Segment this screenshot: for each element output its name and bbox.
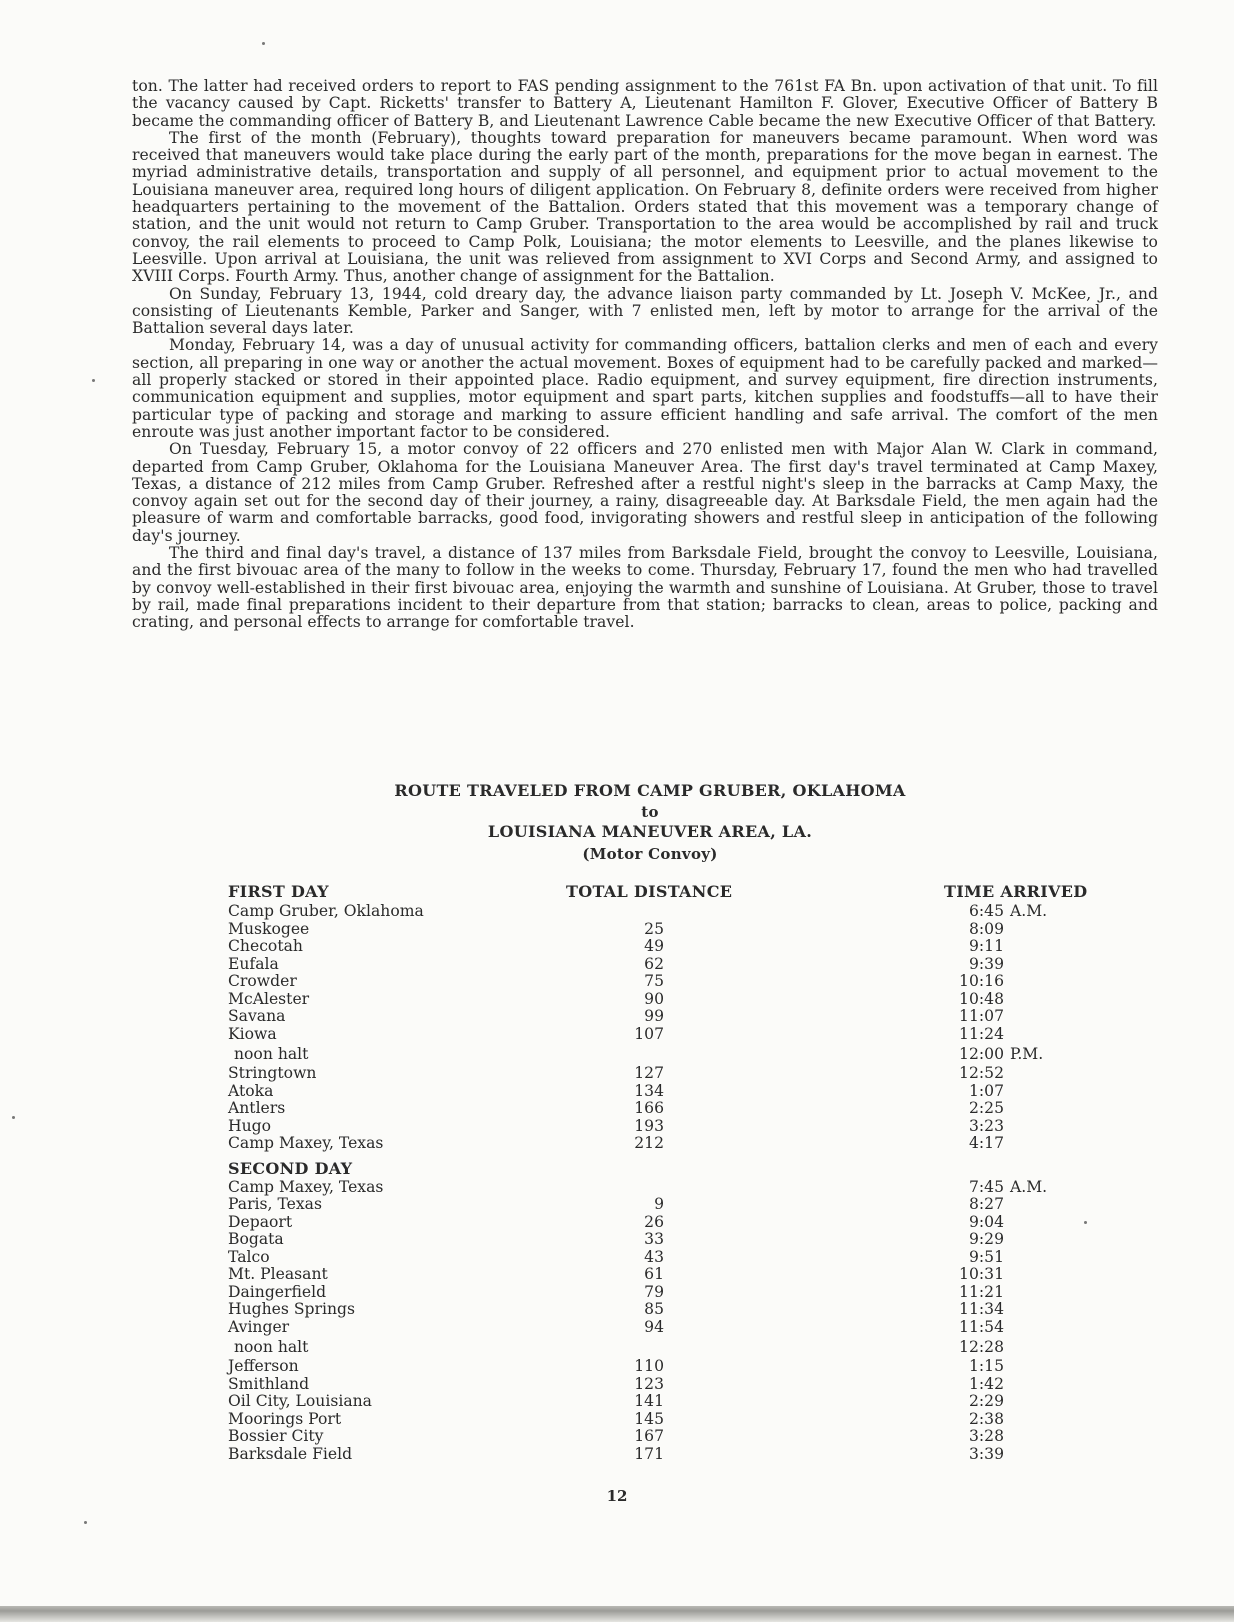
cell-place: Barksdale Field bbox=[228, 1446, 352, 1464]
cell-place: Kiowa bbox=[228, 1026, 277, 1044]
paragraph: ton. The latter had received orders to r… bbox=[132, 78, 1158, 130]
cell-time: 9:29 bbox=[944, 1231, 1004, 1249]
paragraph: The first of the month (February), thoug… bbox=[132, 130, 1158, 286]
cell-time: 2:29 bbox=[944, 1393, 1004, 1411]
route-subtitle: (Motor Convoy) bbox=[300, 843, 1000, 865]
cell-time: 9:51 bbox=[944, 1249, 1004, 1267]
cell-place: noon halt bbox=[234, 1336, 308, 1358]
cell-time: 8:09 bbox=[944, 921, 1004, 939]
cell-time: 2:38 bbox=[944, 1411, 1004, 1429]
column-header-total-distance: TOTAL DISTANCE bbox=[566, 882, 732, 901]
table-row: Bogata339:29 bbox=[226, 1231, 1106, 1249]
cell-time: 12:52 bbox=[944, 1065, 1004, 1083]
table-row: Hughes Springs8511:34 bbox=[226, 1301, 1106, 1319]
cell-time: 3:23 bbox=[944, 1118, 1004, 1136]
cell-distance: 26 bbox=[614, 1214, 664, 1232]
cell-time: 11:34 bbox=[944, 1301, 1004, 1319]
scan-speck bbox=[84, 1521, 87, 1524]
cell-time: 11:07 bbox=[944, 1008, 1004, 1026]
cell-time: 1:42 bbox=[944, 1376, 1004, 1394]
scan-speck bbox=[12, 1116, 15, 1119]
table-row: Daingerfield7911:21 bbox=[226, 1284, 1106, 1302]
second-day-heading: SECOND DAY bbox=[226, 1157, 1106, 1179]
route-destination: LOUISIANA MANEUVER AREA, LA. bbox=[300, 821, 1000, 843]
paragraph: Monday, February 14, was a day of unusua… bbox=[132, 337, 1158, 441]
cell-distance: 33 bbox=[614, 1231, 664, 1249]
cell-distance: 94 bbox=[614, 1319, 664, 1337]
cell-place: noon halt bbox=[234, 1043, 308, 1065]
table-row: Kiowa10711:24 bbox=[226, 1026, 1106, 1044]
table-row: Camp Gruber, Oklahoma6:45A.M. bbox=[226, 903, 1106, 921]
table-row: Hugo1933:23 bbox=[226, 1118, 1106, 1136]
table-row: Eufala629:39 bbox=[226, 956, 1106, 974]
cell-place: Bossier City bbox=[228, 1428, 323, 1446]
paragraph: The third and final day's travel, a dist… bbox=[132, 545, 1158, 631]
cell-place: Oil City, Louisiana bbox=[228, 1393, 372, 1411]
cell-distance: 79 bbox=[614, 1284, 664, 1302]
cell-time: 8:27 bbox=[944, 1196, 1004, 1214]
route-title: ROUTE TRAVELED FROM CAMP GRUBER, OKLAHOM… bbox=[300, 780, 1000, 802]
cell-time: 2:25 bbox=[944, 1100, 1004, 1118]
table-row: Depaort269:04 bbox=[226, 1214, 1106, 1232]
table-row: McAlester9010:48 bbox=[226, 991, 1106, 1009]
cell-place: Antlers bbox=[228, 1100, 285, 1118]
table-row: Paris, Texas98:27 bbox=[226, 1196, 1106, 1214]
cell-place: Eufala bbox=[228, 956, 279, 974]
cell-place: Hugo bbox=[228, 1118, 271, 1136]
column-header-first-day: FIRST DAY bbox=[228, 882, 329, 901]
cell-place: Mt. Pleasant bbox=[228, 1266, 328, 1284]
cell-time: 12:28 bbox=[944, 1336, 1004, 1358]
cell-place: Checotah bbox=[228, 938, 303, 956]
cell-place: McAlester bbox=[228, 991, 309, 1009]
cell-place: Muskogee bbox=[228, 921, 309, 939]
table-row: Bossier City1673:28 bbox=[226, 1428, 1106, 1446]
cell-place: Crowder bbox=[228, 973, 297, 991]
cell-time: 12:00 bbox=[944, 1043, 1004, 1065]
cell-time: 6:45 bbox=[944, 903, 1004, 921]
table-row: Camp Maxey, Texas2124:17 bbox=[226, 1135, 1106, 1153]
cell-place: Camp Gruber, Oklahoma bbox=[228, 903, 424, 921]
cell-time: 9:11 bbox=[944, 938, 1004, 956]
cell-place: Bogata bbox=[228, 1231, 284, 1249]
table-row: Antlers1662:25 bbox=[226, 1100, 1106, 1118]
cell-time: 3:39 bbox=[944, 1446, 1004, 1464]
body-text: ton. The latter had received orders to r… bbox=[132, 78, 1158, 632]
cell-place: Paris, Texas bbox=[228, 1196, 322, 1214]
table-row: Mt. Pleasant6110:31 bbox=[226, 1266, 1106, 1284]
cell-place: Savana bbox=[228, 1008, 285, 1026]
cell-time: 11:54 bbox=[944, 1319, 1004, 1337]
cell-place: Camp Maxey, Texas bbox=[228, 1179, 383, 1197]
cell-distance: 167 bbox=[614, 1428, 664, 1446]
scan-speck bbox=[1084, 1221, 1087, 1224]
cell-time: 10:31 bbox=[944, 1266, 1004, 1284]
scan-speck bbox=[262, 42, 265, 45]
cell-distance: 61 bbox=[614, 1266, 664, 1284]
cell-time: 11:21 bbox=[944, 1284, 1004, 1302]
paragraph: On Tuesday, February 15, a motor convoy … bbox=[132, 441, 1158, 545]
table-row: Talco439:51 bbox=[226, 1249, 1106, 1267]
page-number: 12 bbox=[600, 1487, 634, 1505]
route-title-to: to bbox=[300, 801, 1000, 823]
cell-time: 10:48 bbox=[944, 991, 1004, 1009]
cell-time: 9:39 bbox=[944, 956, 1004, 974]
cell-distance: 9 bbox=[614, 1196, 664, 1214]
table-row: Muskogee258:09 bbox=[226, 921, 1106, 939]
cell-time: 3:28 bbox=[944, 1428, 1004, 1446]
table-row: Camp Maxey, Texas7:45A.M. bbox=[226, 1179, 1106, 1197]
cell-distance: 166 bbox=[614, 1100, 664, 1118]
cell-time: 1:15 bbox=[944, 1358, 1004, 1376]
table-row: Avinger9411:54 bbox=[226, 1319, 1106, 1337]
table-row: Crowder7510:16 bbox=[226, 973, 1106, 991]
cell-distance: 171 bbox=[614, 1446, 664, 1464]
cell-place: Moorings Port bbox=[228, 1411, 341, 1429]
cell-place: Talco bbox=[228, 1249, 270, 1267]
cell-time: 11:24 bbox=[944, 1026, 1004, 1044]
cell-distance: 123 bbox=[614, 1376, 664, 1394]
cell-time: 7:45 bbox=[944, 1179, 1004, 1197]
cell-distance: 85 bbox=[614, 1301, 664, 1319]
table-row: Stringtown12712:52 bbox=[226, 1065, 1106, 1083]
cell-distance: 25 bbox=[614, 921, 664, 939]
cell-distance: 145 bbox=[614, 1411, 664, 1429]
cell-place: Depaort bbox=[228, 1214, 292, 1232]
cell-time: 10:16 bbox=[944, 973, 1004, 991]
table-row: Oil City, Louisiana1412:29 bbox=[226, 1393, 1106, 1411]
noon-halt-row: noon halt12:00P.M. bbox=[226, 1043, 1106, 1065]
cell-distance: 212 bbox=[614, 1135, 664, 1153]
cell-distance: 193 bbox=[614, 1118, 664, 1136]
column-header-time-arrived: TIME ARRIVED bbox=[944, 882, 1087, 901]
cell-place: Jefferson bbox=[228, 1358, 299, 1376]
cell-place: Daingerfield bbox=[228, 1284, 326, 1302]
noon-halt-row: noon halt12:28 bbox=[226, 1336, 1106, 1358]
cell-place: Avinger bbox=[228, 1319, 289, 1337]
cell-ampm: A.M. bbox=[1010, 1179, 1047, 1197]
table-row: Jefferson1101:15 bbox=[226, 1358, 1106, 1376]
cell-distance: 62 bbox=[614, 956, 664, 974]
table-row: Savana9911:07 bbox=[226, 1008, 1106, 1026]
cell-place: Smithland bbox=[228, 1376, 309, 1394]
route-rows: Camp Gruber, Oklahoma6:45A.M.Muskogee258… bbox=[226, 903, 1106, 1463]
table-row: Atoka1341:07 bbox=[226, 1083, 1106, 1101]
cell-distance: 127 bbox=[614, 1065, 664, 1083]
cell-distance: 90 bbox=[614, 991, 664, 1009]
cell-ampm: P.M. bbox=[1010, 1043, 1043, 1065]
table-row: Moorings Port1452:38 bbox=[226, 1411, 1106, 1429]
table-row: Checotah499:11 bbox=[226, 938, 1106, 956]
cell-time: 1:07 bbox=[944, 1083, 1004, 1101]
cell-distance: 141 bbox=[614, 1393, 664, 1411]
cell-distance: 99 bbox=[614, 1008, 664, 1026]
cell-place: Stringtown bbox=[228, 1065, 316, 1083]
cell-distance: 75 bbox=[614, 973, 664, 991]
cell-distance: 110 bbox=[614, 1358, 664, 1376]
cell-ampm: A.M. bbox=[1010, 903, 1047, 921]
cell-time: 9:04 bbox=[944, 1214, 1004, 1232]
table-row: Smithland1231:42 bbox=[226, 1376, 1106, 1394]
cell-distance: 107 bbox=[614, 1026, 664, 1044]
page-edge bbox=[0, 1606, 1234, 1622]
cell-time: 4:17 bbox=[944, 1135, 1004, 1153]
cell-place: Atoka bbox=[228, 1083, 273, 1101]
paragraph: On Sunday, February 13, 1944, cold drear… bbox=[132, 286, 1158, 338]
cell-place: Camp Maxey, Texas bbox=[228, 1135, 383, 1153]
cell-distance: 49 bbox=[614, 938, 664, 956]
cell-distance: 134 bbox=[614, 1083, 664, 1101]
cell-distance: 43 bbox=[614, 1249, 664, 1267]
cell-place: Hughes Springs bbox=[228, 1301, 355, 1319]
table-row: Barksdale Field1713:39 bbox=[226, 1446, 1106, 1464]
scan-speck bbox=[92, 379, 95, 382]
